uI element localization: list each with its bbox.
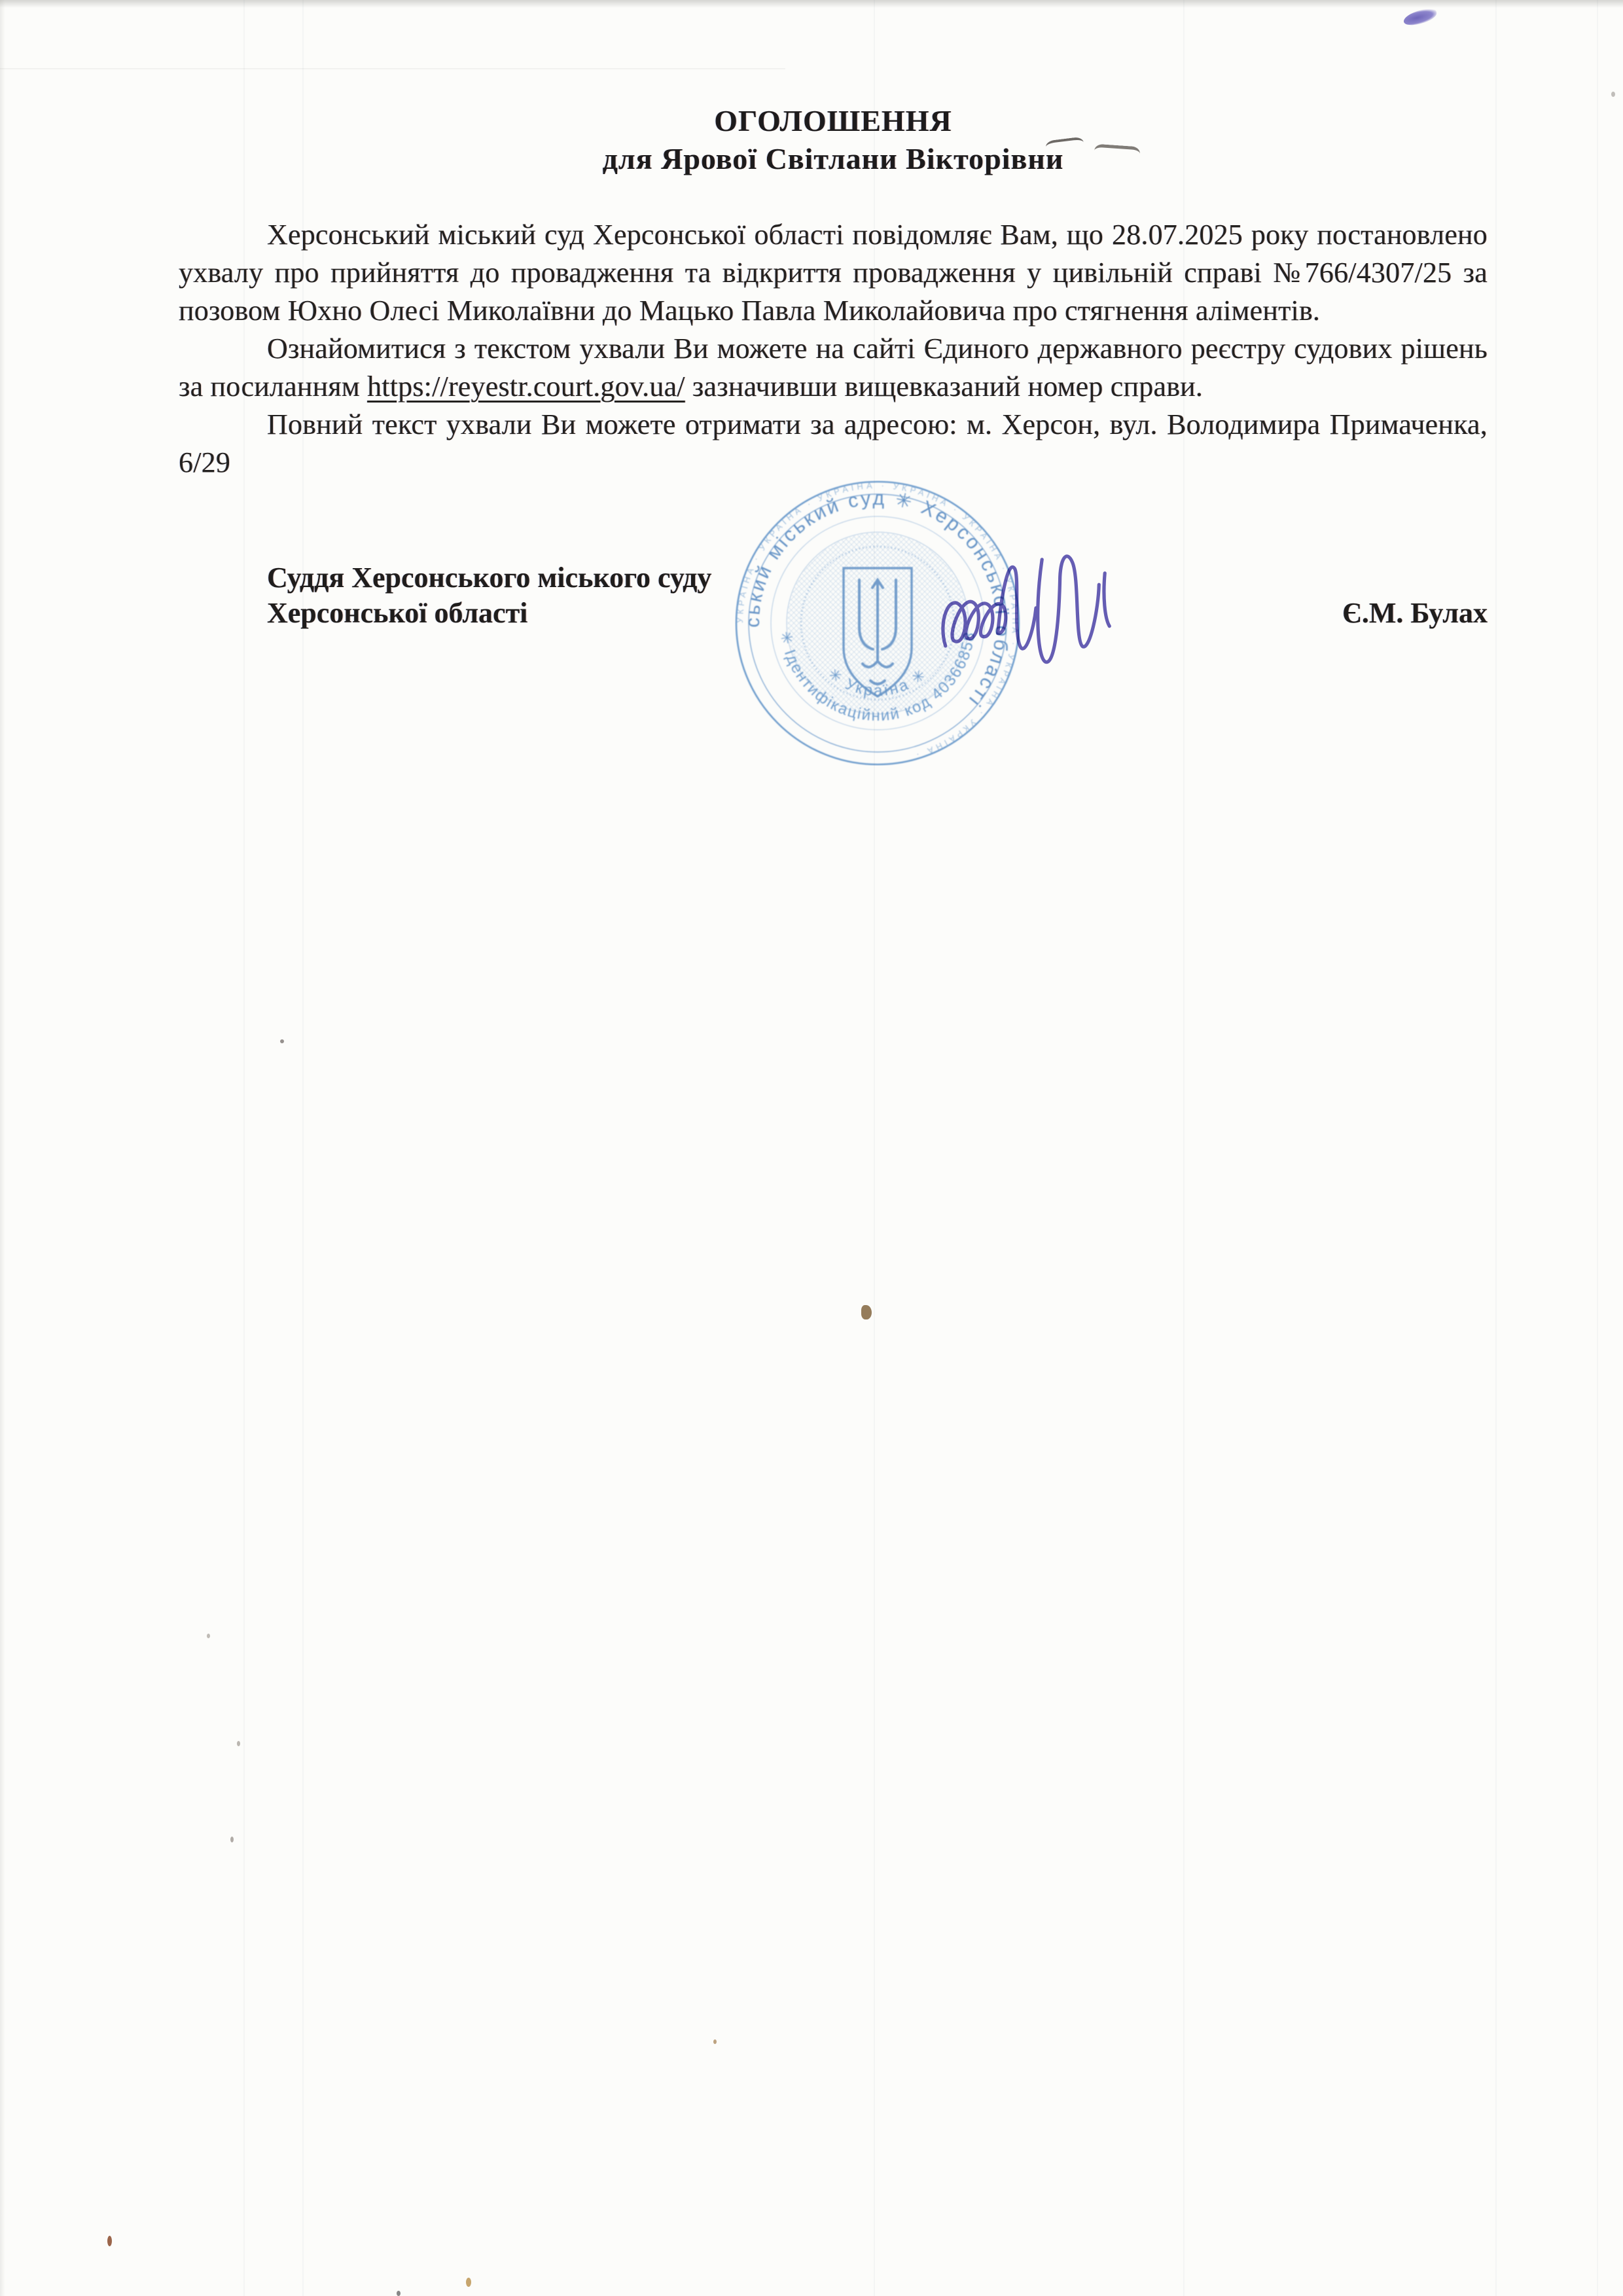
scan-speck: [237, 1741, 240, 1746]
scan-speck: [713, 2039, 717, 2044]
document-body: Херсонський міський суд Херсонської обла…: [179, 216, 1488, 482]
scan-speck: [280, 1039, 284, 1043]
scan-speck: [230, 1837, 234, 1842]
judge-role-line-2: Херсонської області: [267, 596, 527, 631]
scan-speck: [397, 2291, 401, 2296]
scan-line-artifact: [1495, 0, 1497, 2296]
paragraph-case-notice: Херсонський міський суд Херсонської обла…: [179, 216, 1488, 330]
title-line-1: ОГОЛОШЕННЯ: [179, 102, 1488, 140]
registry-text-post: зазначивши вищевказаний номер справи.: [685, 370, 1203, 403]
scan-speck: [1611, 92, 1615, 97]
scan-line-artifact: [0, 68, 785, 69]
scan-edge-left: [0, 0, 5, 2296]
scan-line-artifact: [1597, 0, 1598, 2296]
scanned-page: ОГОЛОШЕННЯ для Ярової Світлани Вікторівн…: [0, 0, 1623, 2296]
document-title: ОГОЛОШЕННЯ для Ярової Світлани Вікторівн…: [179, 102, 1488, 178]
scan-speck: [466, 2278, 471, 2287]
ink-blot-artifact: [1402, 7, 1438, 27]
scan-speck: [861, 1305, 872, 1319]
title-line-2: для Ярової Світлани Вікторівни: [179, 140, 1488, 178]
paragraph-registry: Ознайомитися з текстом ухвали Ви можете …: [179, 330, 1488, 406]
handwritten-signature: [926, 526, 1164, 696]
paragraph-address: Повний текст ухвали Ви можете отримати з…: [179, 406, 1488, 482]
scan-speck: [207, 1634, 210, 1638]
registry-url: https://reyestr.court.gov.ua/: [367, 370, 685, 403]
signature-ink-icon: [926, 526, 1164, 696]
judge-name: Є.М. Булах: [1342, 596, 1488, 631]
scan-speck: [107, 2236, 112, 2246]
